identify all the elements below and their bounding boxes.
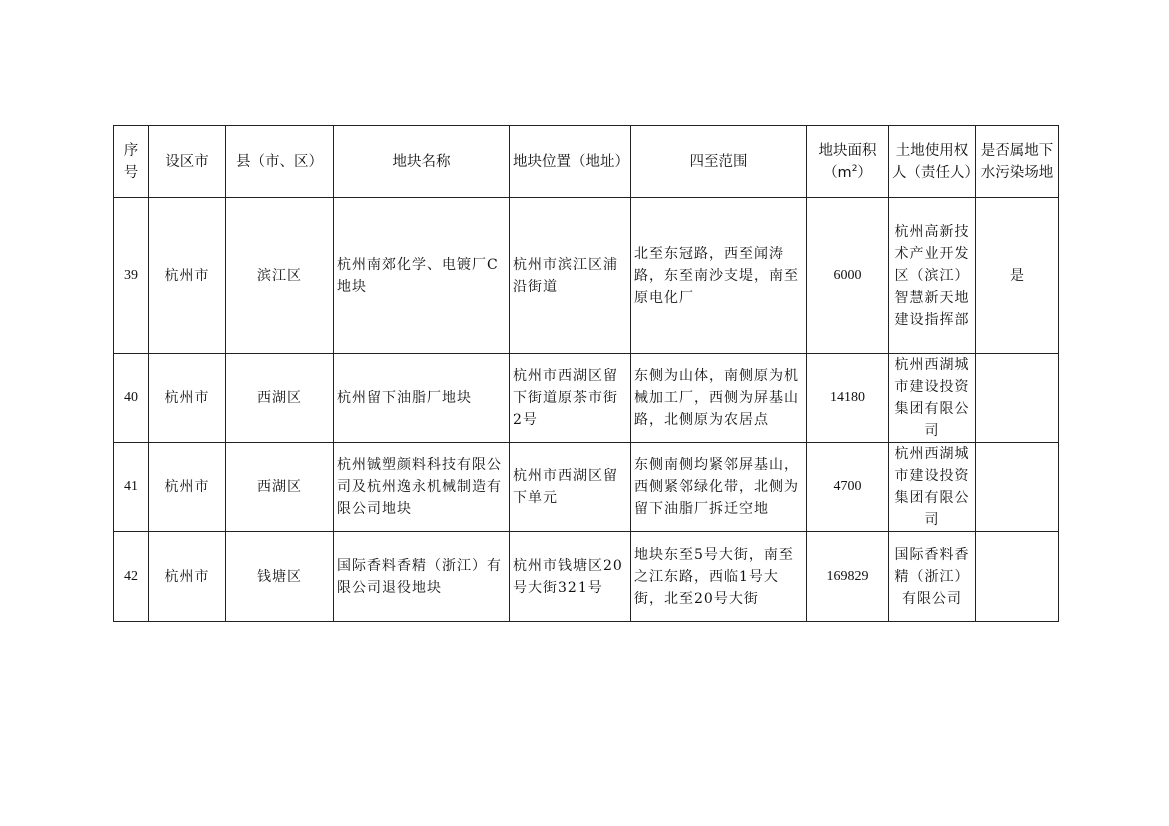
cell-county: 西湖区 [226,443,334,532]
cell-county: 钱塘区 [226,532,334,622]
cell-groundwater [976,443,1059,532]
table-row: 39 杭州市 滨江区 杭州南郊化学、电镀厂C地块 杭州市滨江区浦沿街道 北至东冠… [114,198,1059,354]
cell-seq: 39 [114,198,149,354]
cell-groundwater: 是 [976,198,1059,354]
header-city: 设区市 [149,126,226,198]
header-area-unit: （m2） [823,165,872,181]
header-county: 县（市、区） [226,126,334,198]
table-header-row: 序号 设区市 县（市、区） 地块名称 地块位置（地址） 四至范围 地块面积 （m… [114,126,1059,198]
header-name: 地块名称 [334,126,510,198]
cell-area: 6000 [807,198,889,354]
cell-location: 杭州市西湖区留下街道原茶市街2号 [510,354,631,443]
cell-owner: 杭州西湖城市建设投资集团有限公司 [889,354,976,443]
header-owner: 土地使用权人（责任人） [889,126,976,198]
cell-boundary: 北至东冠路，西至闻涛路，东至南沙支堤，南至原电化厂 [631,198,807,354]
cell-name: 杭州铖塑颜料科技有限公司及杭州逸永机械制造有限公司地块 [334,443,510,532]
cell-location: 杭州市西湖区留下单元 [510,443,631,532]
cell-area: 14180 [807,354,889,443]
cell-seq: 41 [114,443,149,532]
header-area: 地块面积 （m2） [807,126,889,198]
cell-owner: 国际香料香精（浙江）有限公司 [889,532,976,622]
area-unit-open: （m [823,165,852,181]
cell-county: 滨江区 [226,198,334,354]
contaminated-sites-table: 序号 设区市 县（市、区） 地块名称 地块位置（地址） 四至范围 地块面积 （m… [113,125,1059,622]
cell-location: 杭州市钱塘区20号大街321号 [510,532,631,622]
header-seq: 序号 [114,126,149,198]
header-boundary: 四至范围 [631,126,807,198]
cell-seq: 42 [114,532,149,622]
cell-boundary: 东侧为山体，南侧原为机械加工厂，西侧为屏基山路，北侧原为农居点 [631,354,807,443]
area-unit-close: ） [857,165,872,181]
cell-city: 杭州市 [149,198,226,354]
cell-city: 杭州市 [149,532,226,622]
header-area-label: 地块面积 [819,143,877,159]
cell-name: 国际香料香精（浙江）有限公司退役地块 [334,532,510,622]
cell-seq: 40 [114,354,149,443]
cell-name: 杭州留下油脂厂地块 [334,354,510,443]
cell-boundary: 东侧南侧均紧邻屏基山，西侧紧邻绿化带，北侧为留下油脂厂拆迁空地 [631,443,807,532]
cell-owner: 杭州高新技术产业开发区（滨江）智慧新天地建设指挥部 [889,198,976,354]
cell-location: 杭州市滨江区浦沿街道 [510,198,631,354]
cell-groundwater [976,354,1059,443]
cell-owner: 杭州西湖城市建设投资集团有限公司 [889,443,976,532]
cell-name: 杭州南郊化学、电镀厂C地块 [334,198,510,354]
cell-city: 杭州市 [149,354,226,443]
header-groundwater: 是否属地下水污染场地 [976,126,1059,198]
table-row: 40 杭州市 西湖区 杭州留下油脂厂地块 杭州市西湖区留下街道原茶市街2号 东侧… [114,354,1059,443]
cell-groundwater [976,532,1059,622]
header-location: 地块位置（地址） [510,126,631,198]
cell-city: 杭州市 [149,443,226,532]
cell-area: 4700 [807,443,889,532]
cell-county: 西湖区 [226,354,334,443]
table-row: 41 杭州市 西湖区 杭州铖塑颜料科技有限公司及杭州逸永机械制造有限公司地块 杭… [114,443,1059,532]
cell-area: 169829 [807,532,889,622]
cell-boundary: 地块东至5号大街，南至之江东路，西临1号大街，北至20号大街 [631,532,807,622]
table-row: 42 杭州市 钱塘区 国际香料香精（浙江）有限公司退役地块 杭州市钱塘区20号大… [114,532,1059,622]
